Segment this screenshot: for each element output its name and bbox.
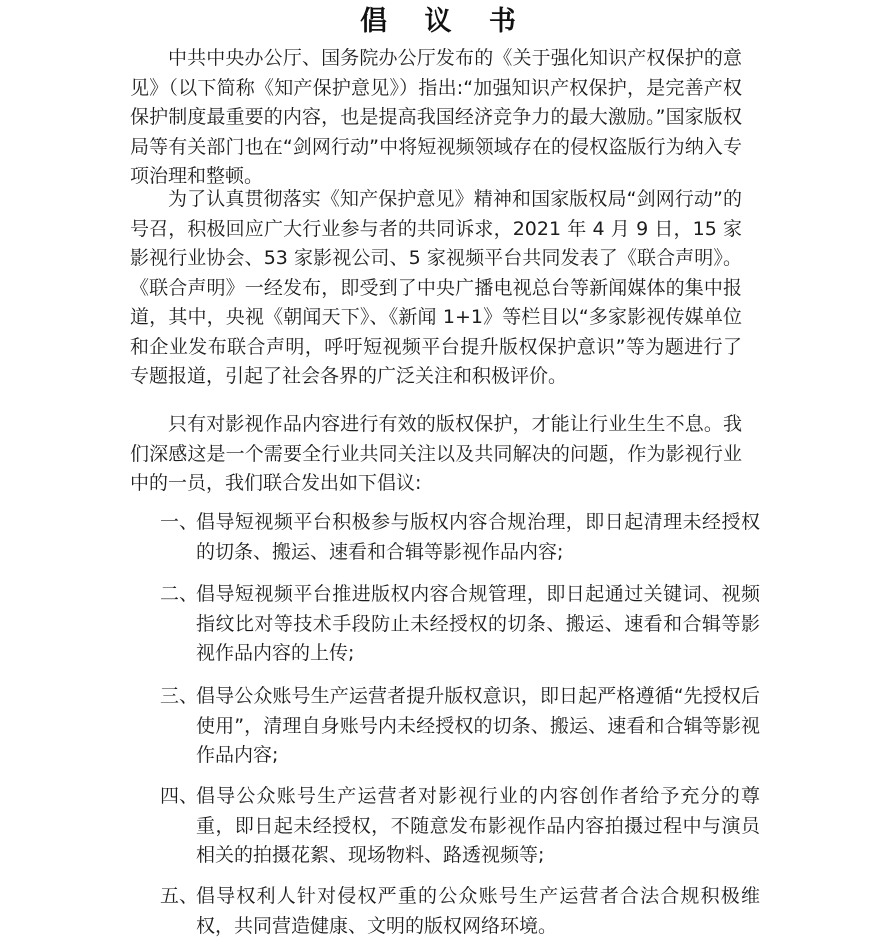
item-text: 倡导公众账号生产运营者提升版权意识，即日起严格遵循“先授权后使用”，清理自身账号… [196, 682, 760, 771]
proposal-item-5: 五、 倡导权利人针对侵权严重的公众账号生产运营者合法合规积极维权，共同营造健康、… [160, 882, 760, 941]
proposal-item-2: 二、 倡导短视频平台推进版权内容合规管理，即日起通过关键词、视频指纹比对等技术手… [160, 580, 760, 669]
document-title: 倡 议 书 [0, 4, 890, 40]
item-number: 五、 [160, 882, 198, 912]
item-text: 倡导短视频平台推进版权内容合规管理，即日起通过关键词、视频指纹比对等技术手段防止… [196, 580, 760, 669]
item-number: 四、 [160, 782, 198, 812]
item-text: 倡导公众账号生产运营者对影视行业的内容创作者给予充分的尊重，即日起未经授权，不随… [196, 782, 760, 871]
item-number: 三、 [160, 682, 198, 712]
paragraph-background: 为了认真贯彻落实《知产保护意见》精神和国家版权局“剑网行动”的号召，积极回应广大… [130, 185, 742, 392]
paragraph-intro: 中共中央办公厅、国务院办公厅发布的《关于强化知识产权保护的意见》（以下简称《知产… [130, 44, 742, 192]
item-text: 倡导短视频平台积极参与版权内容合规治理，即日起清理未经授权的切条、搬运、速看和合… [196, 508, 760, 567]
proposal-item-3: 三、 倡导公众账号生产运营者提升版权意识，即日起严格遵循“先授权后使用”，清理自… [160, 682, 760, 771]
proposal-item-1: 一、 倡导短视频平台积极参与版权内容合规治理，即日起清理未经授权的切条、搬运、速… [160, 508, 760, 567]
item-number: 二、 [160, 580, 198, 610]
paragraph-call: 只有对影视作品内容进行有效的版权保护，才能让行业生生不息。我们深感这是一个需要全… [130, 410, 742, 499]
item-text: 倡导权利人针对侵权严重的公众账号生产运营者合法合规积极维权，共同营造健康、文明的… [196, 882, 760, 941]
proposal-item-4: 四、 倡导公众账号生产运营者对影视行业的内容创作者给予充分的尊重，即日起未经授权… [160, 782, 760, 871]
item-number: 一、 [160, 508, 198, 538]
